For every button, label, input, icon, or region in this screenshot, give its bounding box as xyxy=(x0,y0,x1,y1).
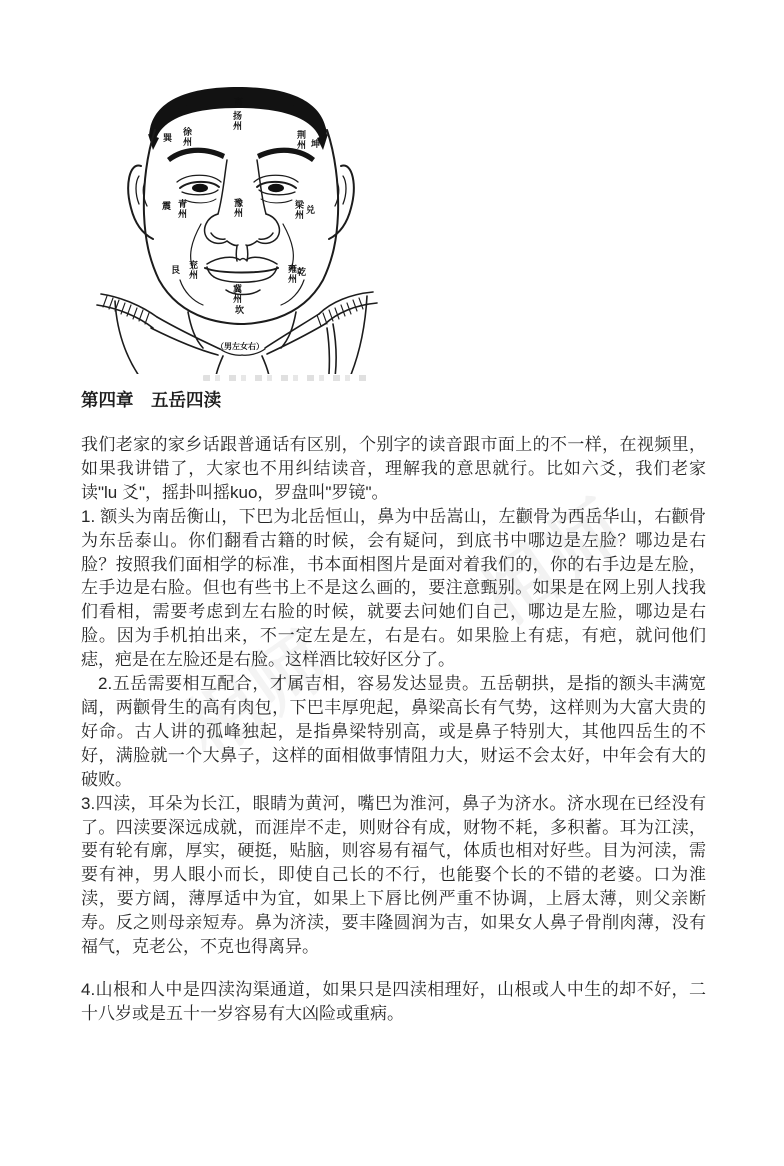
label-yuzhou: 豫州 xyxy=(233,198,242,218)
label-jingzhou: 荆州 xyxy=(296,130,305,150)
label-xun: 巽 xyxy=(163,134,172,143)
label-jizhou: 冀州 xyxy=(232,284,241,304)
label-li: 离 xyxy=(234,98,243,107)
paragraph-item-1: 1. 额头为南岳衡山，下巴为北岳恒山，鼻为中岳嵩山，左颧骨为西岳华山，右颧骨为东… xyxy=(81,505,706,672)
document-page: { "page": { "heading": "第四章 五岳四渎", "wate… xyxy=(0,0,784,1166)
label-dui: 兑 xyxy=(306,206,315,215)
paragraph-item-4: 4.山根和人中是四渎沟渠通道，如果只是四渎相理好，山根或人中生的却不好，二十八岁… xyxy=(81,978,706,1026)
label-qian: 乾 xyxy=(297,268,306,277)
label-liangzhou: 梁州 xyxy=(294,200,303,220)
label-xuzhou: 徐州 xyxy=(182,127,191,147)
label-qingzhou: 青州 xyxy=(177,199,186,219)
label-male-left-female-right: （男左女右） xyxy=(216,343,264,351)
chapter-heading: 第四章 五岳四渎 xyxy=(81,387,221,412)
face-physiognomy-diagram: 离 扬州 巽 徐州 荆州 坤 震 青州 豫州 梁州 兑 艮 兖州 雍州 乾 冀州… xyxy=(85,84,385,374)
eyebrows xyxy=(167,148,315,162)
label-yangzhou: 扬州 xyxy=(232,111,241,131)
label-zhen: 震 xyxy=(162,202,171,211)
paragraph-item-2: 2.五岳需要相互配合，才属吉相，容易发达显贵。五岳朝拱，是指的额头丰满宽阔，两颧… xyxy=(81,672,706,792)
body-text: 我们老家的家乡话跟普通话有区别，个别字的读音跟市面上的不一样，在视频里，如果我讲… xyxy=(81,433,706,1026)
label-kun: 坤 xyxy=(311,140,320,149)
label-yanzhou: 兖州 xyxy=(188,260,197,280)
caption-remnant xyxy=(203,375,371,381)
paragraph-item-3: 3.四渎，耳朵为长江，眼睛为黄河，嘴巴为淮河，鼻子为济水。济水现在已经没有了。四… xyxy=(81,792,706,959)
paragraph-intro: 我们老家的家乡话跟普通话有区别，个别字的读音跟市面上的不一样，在视频里，如果我讲… xyxy=(81,433,706,505)
label-kan: 坎 xyxy=(235,306,244,315)
label-yongzhou: 雍州 xyxy=(287,264,296,284)
cheek-folds xyxy=(180,224,304,305)
label-gen: 艮 xyxy=(171,266,180,275)
